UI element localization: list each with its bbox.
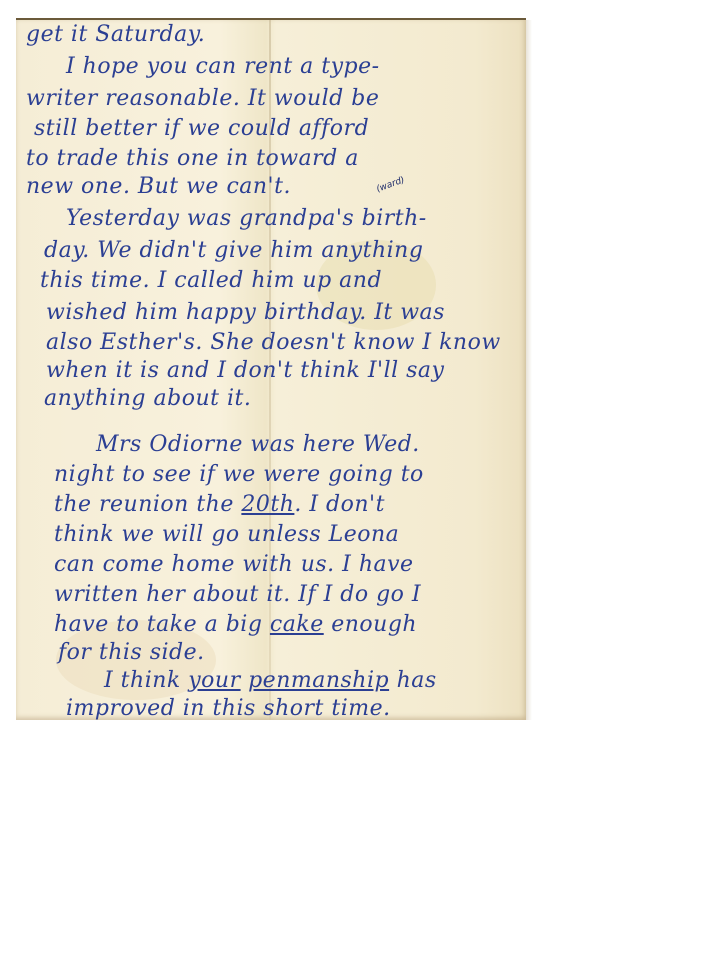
letter-line: can come home with us. I have xyxy=(54,552,414,577)
letter-line: Yesterday was grandpa's birth- xyxy=(66,206,427,231)
letter-line: improved in this short time. xyxy=(66,696,391,721)
margin-annotation: (ward) xyxy=(375,175,406,194)
letter-line: also Esther's. She doesn't know I know xyxy=(46,330,501,355)
letter-line: get it Saturday. xyxy=(26,22,205,47)
letter-line: for this side. xyxy=(58,640,205,665)
letter-line: new one. But we can't. xyxy=(26,174,291,199)
letter-line: the reunion the 20th. I don't xyxy=(54,492,385,517)
letter-line: night to see if we were going to xyxy=(54,462,424,487)
letter-line: to trade this one in toward a xyxy=(26,146,359,171)
letter-line: writer reasonable. It would be xyxy=(26,86,379,111)
letter-line: anything about it. xyxy=(44,386,251,411)
letter-line: still better if we could afford xyxy=(34,116,369,141)
letter-page: get it Saturday. I hope you can rent a t… xyxy=(16,18,526,720)
page-edge xyxy=(526,20,532,720)
letter-line: think we will go unless Leona xyxy=(54,522,399,547)
letter-line: when it is and I don't think I'll say xyxy=(46,358,444,383)
letter-line: day. We didn't give him anything xyxy=(44,238,423,263)
letter-line: I hope you can rent a type- xyxy=(66,54,380,79)
letter-line: Mrs Odiorne was here Wed. xyxy=(96,432,420,457)
letter-line: have to take a big cake enough xyxy=(54,612,417,637)
letter-line: written her about it. If I do go I xyxy=(54,582,421,607)
letter-line: this time. I called him up and xyxy=(40,268,382,293)
letter-line: I think your penmanship has xyxy=(104,668,437,693)
letter-line: wished him happy birthday. It was xyxy=(46,300,445,325)
